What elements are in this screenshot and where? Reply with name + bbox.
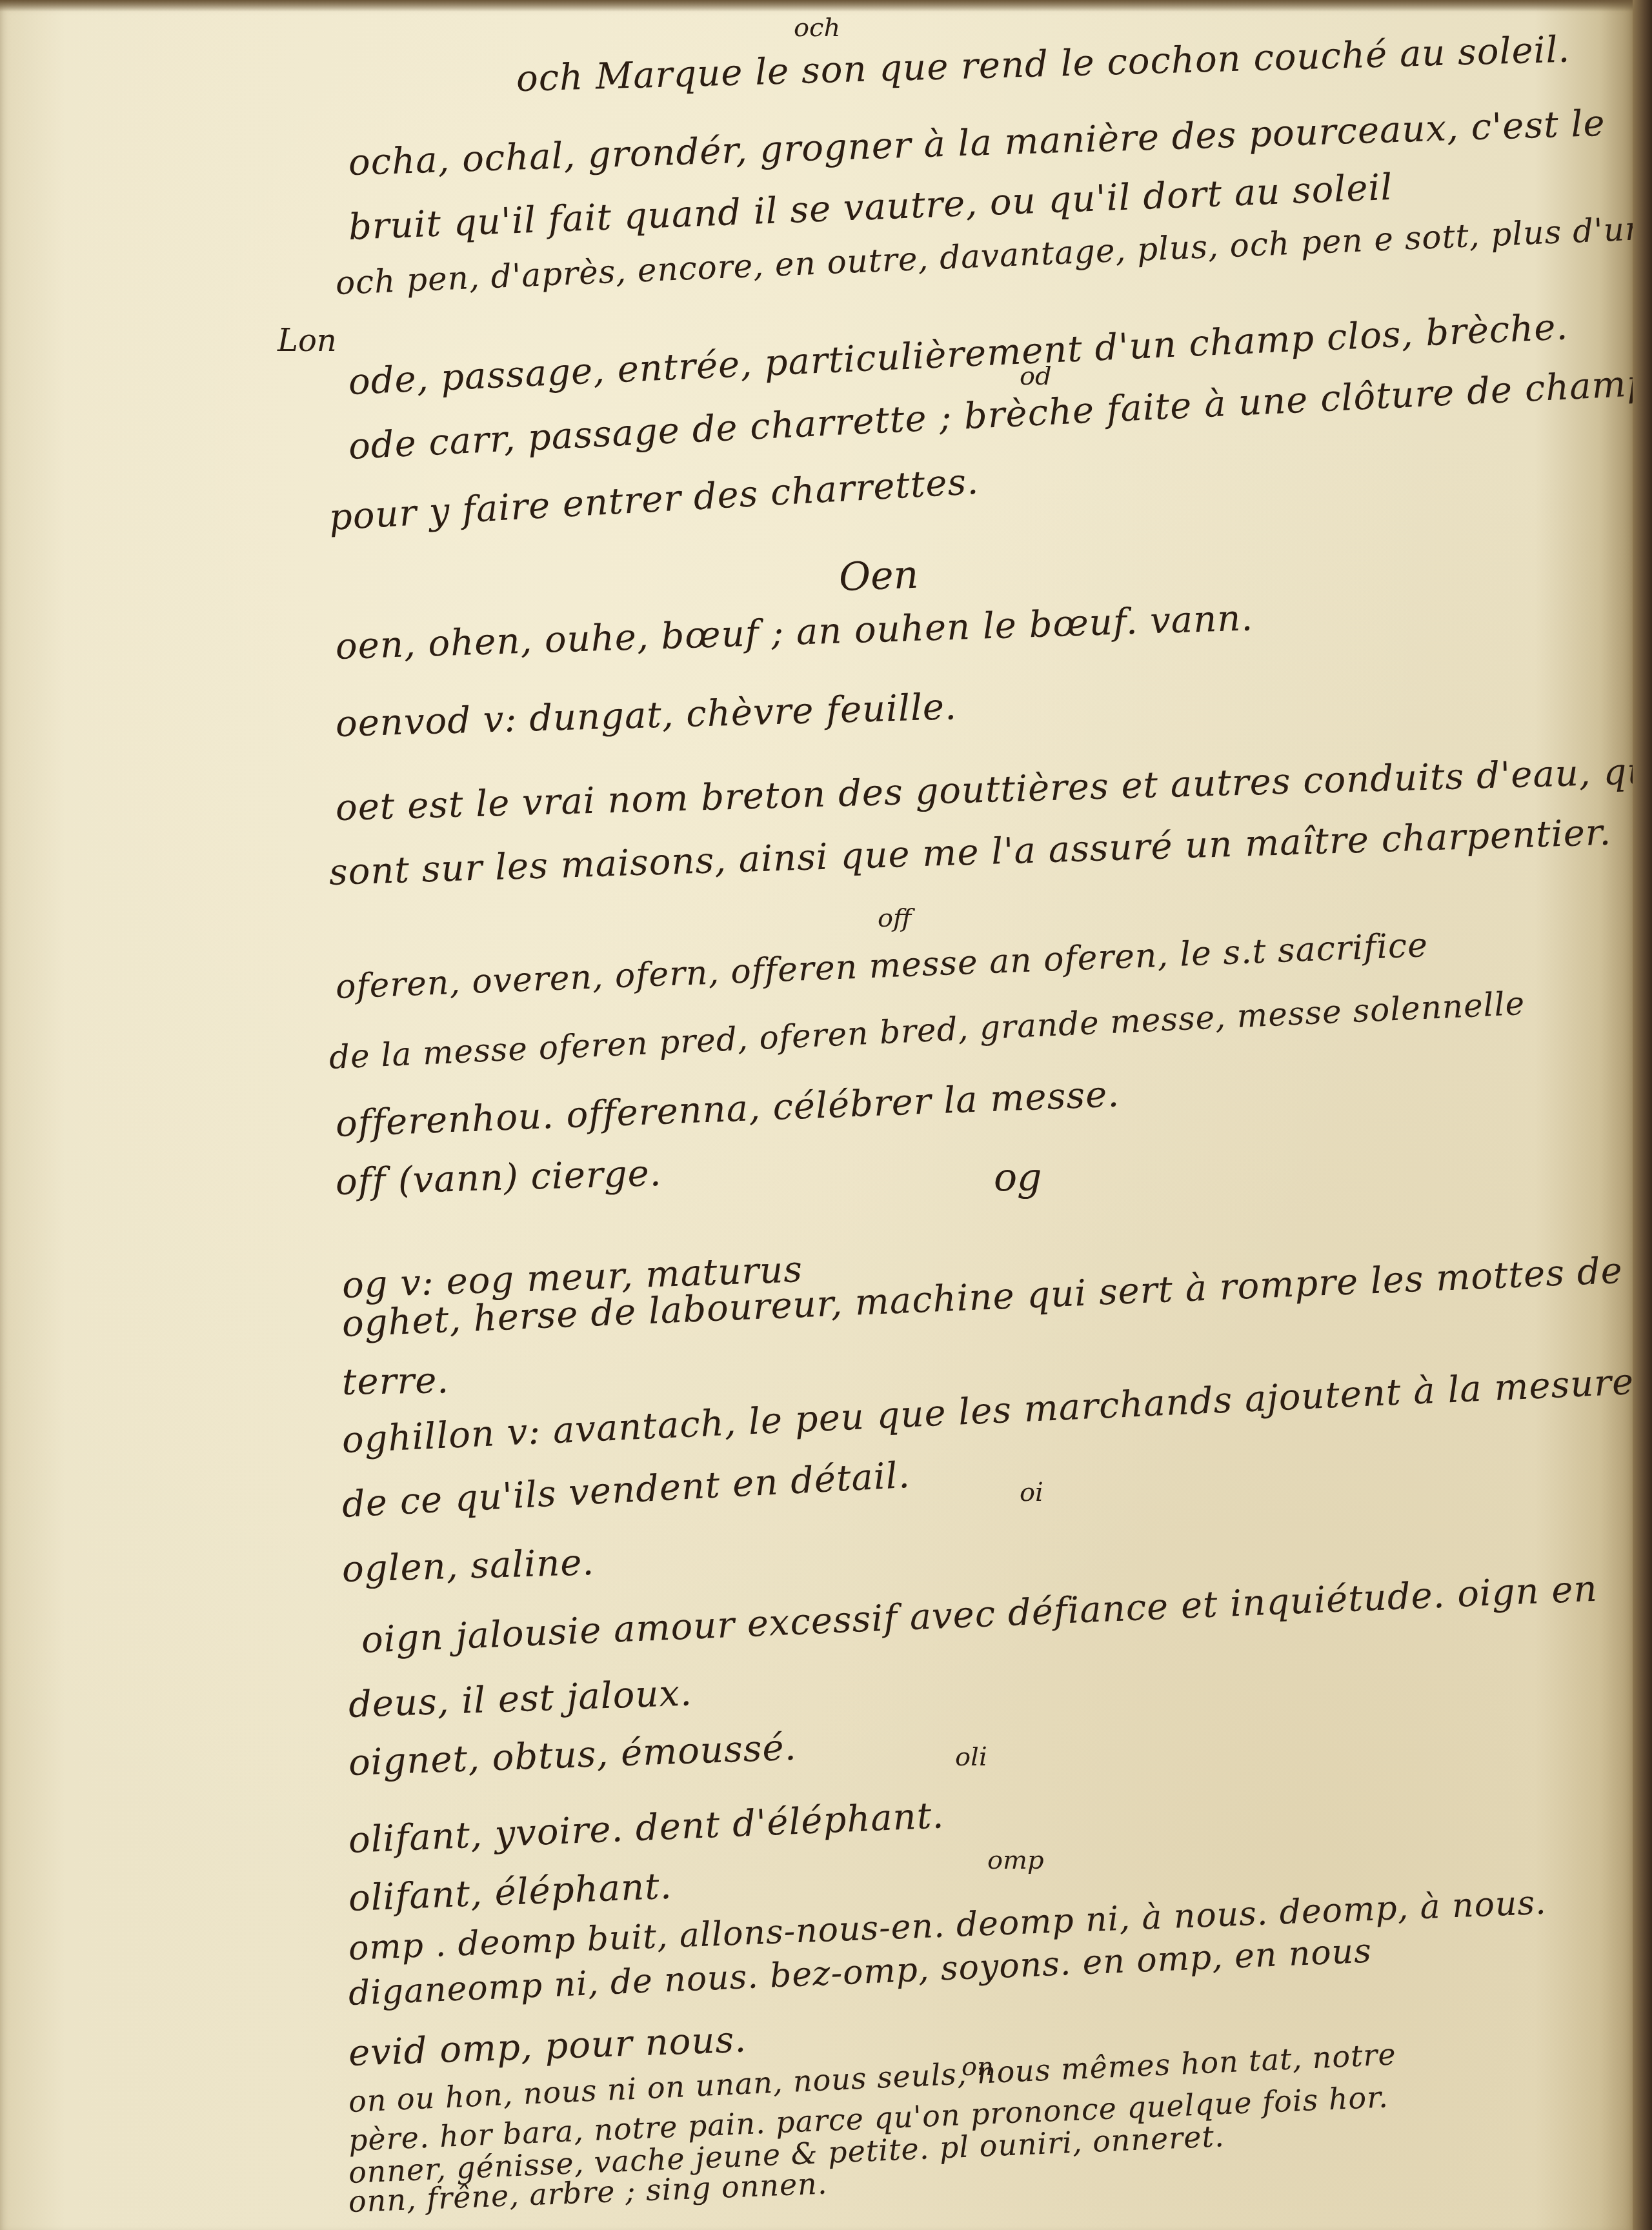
- entry-oi-2: deus, il est jaloux.: [348, 1672, 693, 1726]
- entry-od-3: pour y faire entrer des charrettes.: [328, 461, 980, 539]
- entry-og-6: oglen, saline.: [341, 1542, 595, 1591]
- entry-oi-3: oignet, obtus, émoussé.: [348, 1727, 798, 1784]
- entry-oli-1: olifant, yvoire. dent d'éléphant.: [348, 1794, 945, 1862]
- entry-og-5: de ce qu'ils vendent en détail.: [341, 1454, 911, 1526]
- entry-och-1: och Marque le son que rend le cochon cou…: [516, 28, 1571, 100]
- section-heading-omp: omp: [987, 1845, 1044, 1875]
- section-heading-oli: oli: [955, 1742, 987, 1772]
- page-top-edge-shadow: [0, 0, 1633, 12]
- entry-oen-2: oenvod v: dungat, chèvre feuille.: [335, 686, 958, 745]
- manuscript-page: och och Marque le son que rend le cochon…: [0, 0, 1633, 2230]
- entry-oli-2: olifant, éléphant.: [348, 1865, 673, 1920]
- entry-och-2: ocha, ochal, grondér, grogner à la maniè…: [348, 103, 1606, 184]
- entry-omp-3: evid omp, pour nous.: [348, 2018, 747, 2074]
- section-heading-och-superscript: och: [794, 13, 840, 43]
- section-heading-oi: oi: [1020, 1478, 1043, 1507]
- entry-off-4: off (vann) cierge.: [335, 1152, 662, 1203]
- section-heading-og: og: [994, 1155, 1042, 1200]
- book-binding-edge: [1633, 0, 1652, 2230]
- entry-og-3: terre.: [341, 1360, 449, 1403]
- entry-oen-1: oen, ohen, ouhe, bœuf ; an ouhen le bœuf…: [335, 597, 1254, 668]
- entry-off-3: offerenhou. offerenna, célébrer la messe…: [335, 1073, 1120, 1145]
- margin-note-lon: Lon: [277, 323, 337, 359]
- section-heading-oen: Oen: [838, 552, 920, 600]
- section-heading-off: off: [878, 903, 911, 933]
- entry-off-1: oferen, overen, ofern, offeren messe an …: [335, 926, 1429, 1007]
- entry-og-4: oghillon v: avantach, le peu que les mar…: [341, 1361, 1635, 1462]
